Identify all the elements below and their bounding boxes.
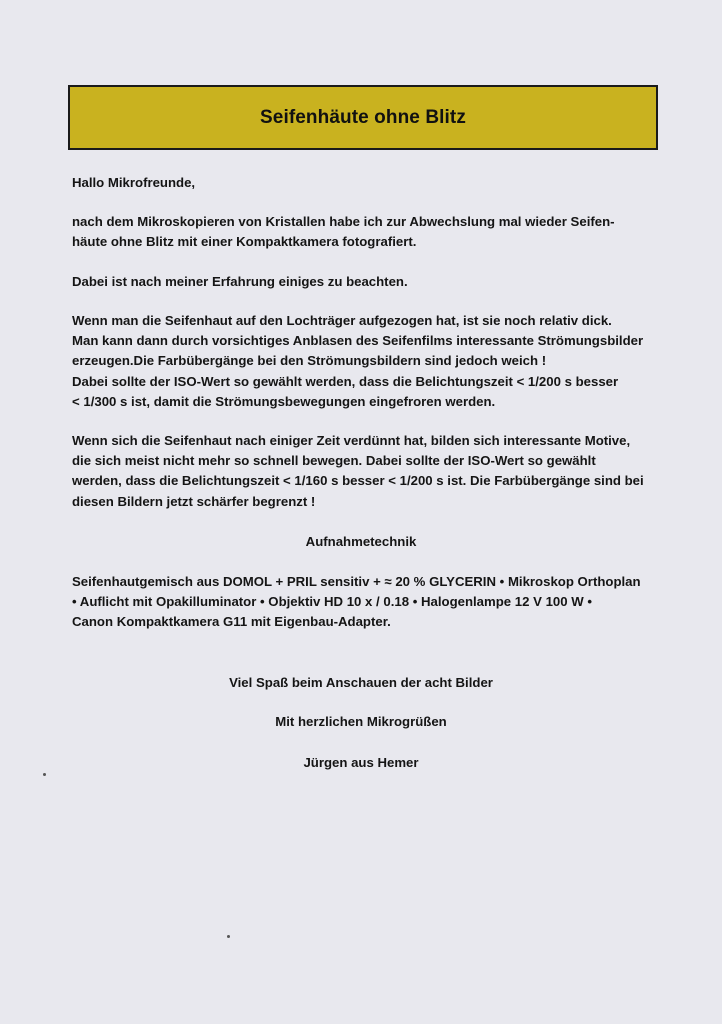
title-banner: Seifenhäute ohne Blitz xyxy=(68,85,658,150)
paragraph-thick-film: Wenn man die Seifenhaut auf den Lochträg… xyxy=(72,311,672,412)
document-page: Seifenhäute ohne Blitz Hallo Mikrofreund… xyxy=(0,0,722,1024)
closing-line-2: Mit herzlichen Mikrogrüßen xyxy=(0,712,722,732)
document-title: Seifenhäute ohne Blitz xyxy=(260,107,466,129)
technique-paragraph: Seifenhautgemisch aus DOMOL + PRIL sensi… xyxy=(72,572,672,633)
greeting: Hallo Mikrofreunde, xyxy=(72,173,672,193)
intro-paragraph: nach dem Mikroskopieren von Kristallen h… xyxy=(72,212,672,252)
paper-speck xyxy=(43,773,46,776)
technique-heading: Aufnahmetechnik xyxy=(0,532,722,552)
closing-line-1: Viel Spaß beim Anschauen der acht Bilder xyxy=(0,673,722,693)
paper-speck xyxy=(227,935,230,938)
note-paragraph: Dabei ist nach meiner Erfahrung einiges … xyxy=(72,272,672,292)
signature: Jürgen aus Hemer xyxy=(0,753,722,773)
paragraph-thin-film: Wenn sich die Seifenhaut nach einiger Ze… xyxy=(72,431,672,512)
